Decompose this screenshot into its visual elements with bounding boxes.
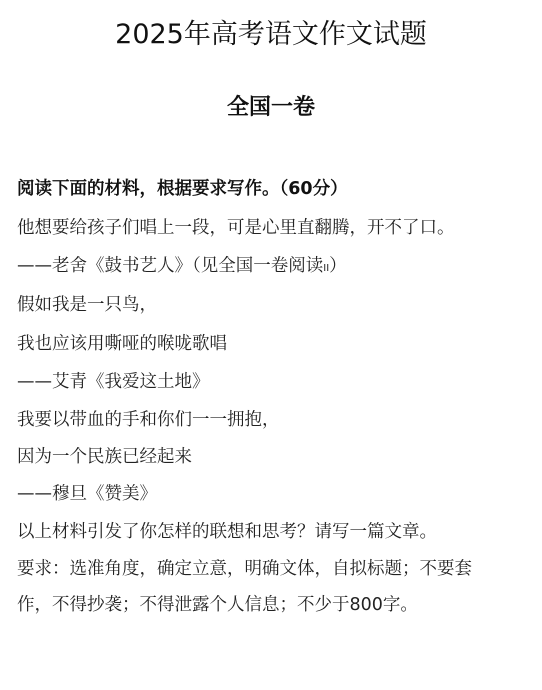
prompt-question: 以上材料引发了你怎样的联想和思考？请写一篇文章。: [17, 521, 529, 543]
citation-text: ——老舍《鼓书艺人》（见全国一卷阅读: [17, 256, 323, 276]
requirements-line-2: 作，不得抄袭；不得泄露个人信息；不少于800字。: [17, 594, 529, 616]
material-citation-1: ——老舍《鼓书艺人》（见全国一卷阅读II）: [17, 255, 529, 280]
poem-line-2: 我也应该用嘶哑的喉咙歌唱: [17, 333, 529, 355]
poem-line-3: 我要以带血的手和你们一一拥抱，: [17, 409, 529, 431]
material-line-1: 他想要给孩子们唱上一段，可是心里直翻腾，开不了口。: [17, 217, 529, 239]
requirements-line-1: 要求：选准角度，确定立意，明确文体，自拟标题；不要套: [17, 558, 529, 580]
instruction-heading: 阅读下面的材料，根据要求写作。（60分）: [17, 178, 529, 200]
paper-subtitle: 全国一卷: [0, 90, 542, 121]
page-title: 2025年高考语文作文试题: [0, 12, 542, 51]
citation-close-paren: ）: [329, 256, 347, 276]
material-citation-2: ——艾青《我爱这土地》: [17, 371, 529, 393]
material-citation-3: ——穆旦《赞美》: [17, 483, 529, 505]
poem-line-1: 假如我是一只鸟，: [17, 294, 529, 316]
poem-line-4: 因为一个民族已经起来: [17, 446, 529, 468]
